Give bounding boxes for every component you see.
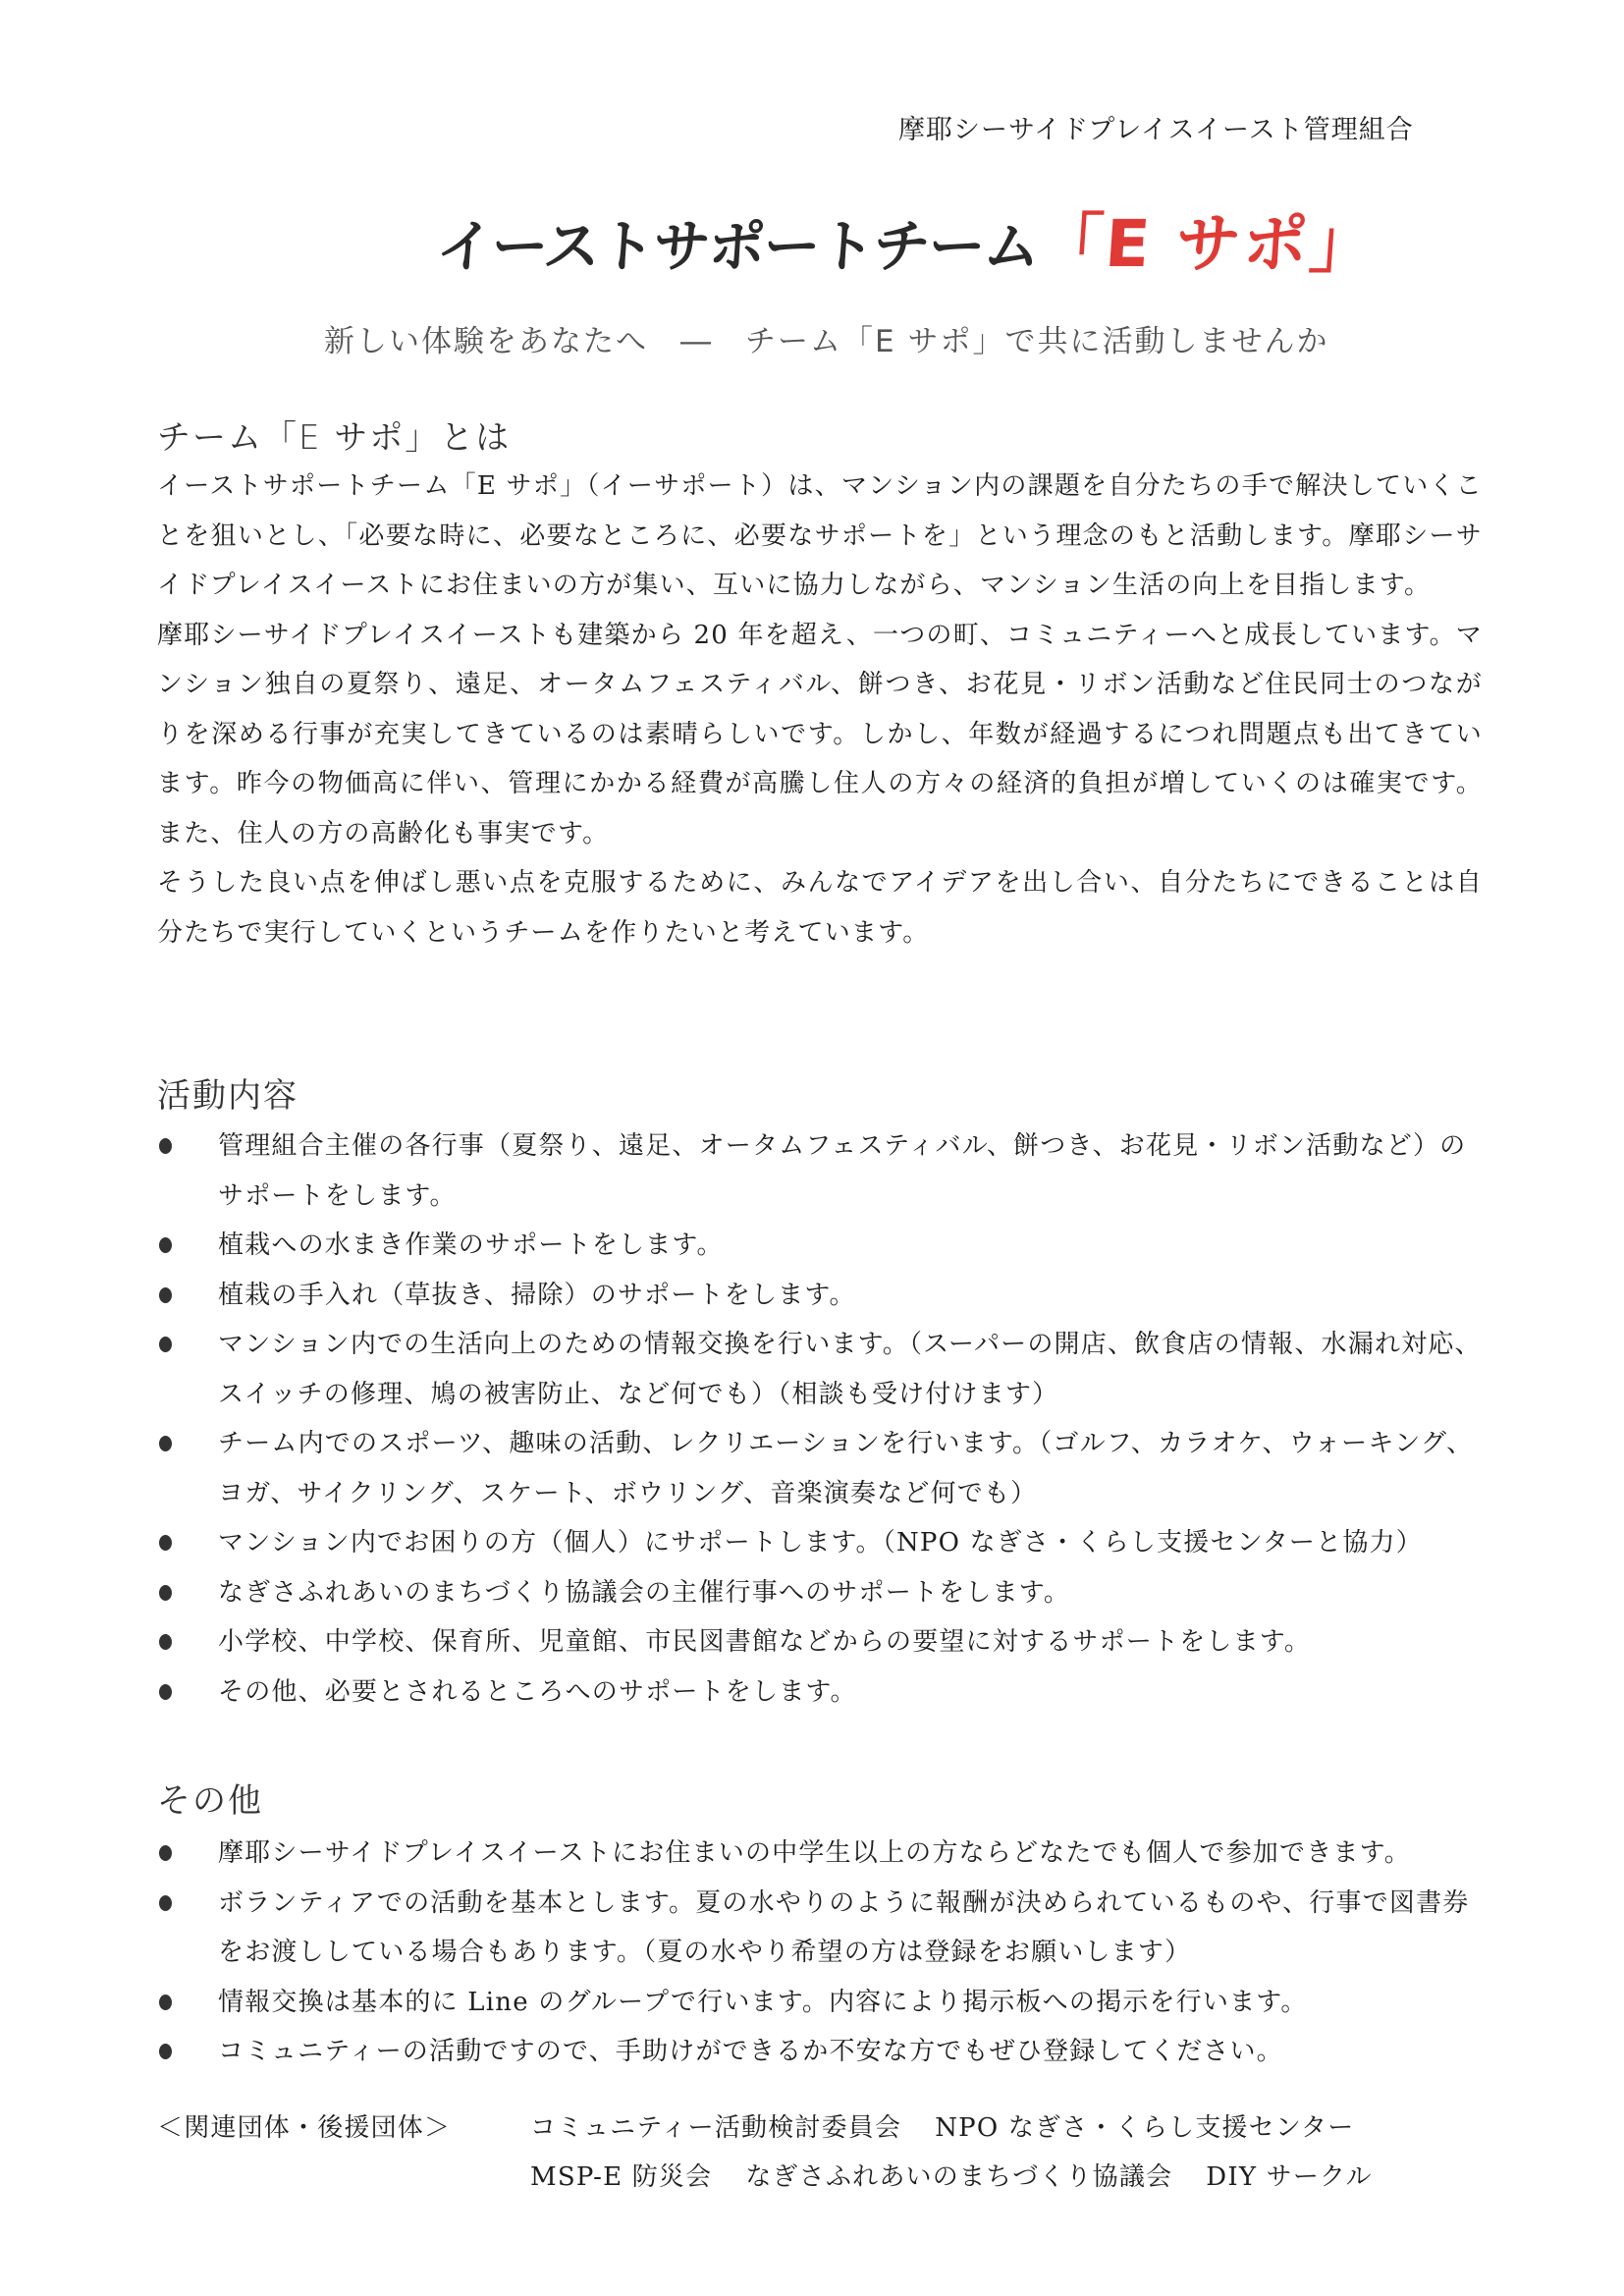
list-item: コミュニティーの活動ですので、手助けができるか不安な方でもぜひ登録してください。 [157,2027,1492,2077]
bullet-icon [159,2044,172,2059]
bullet-icon [159,1535,172,1551]
list-item-text: なぎさふれあいのまちづくり協議会の主催行事へのサポートをします。 [218,1578,1070,1608]
list-item-text: 管理組合主催の各行事（夏祭り、遠足、オータムフェスティバル、餅つき、お花見・リボ… [218,1131,1466,1211]
list-item-text: 植栽の手入れ（草抜き、掃除）のサポートをします。 [218,1281,856,1310]
related-label: ＜関連団体・後援団体＞ [157,2104,451,2153]
list-item: 管理組合主催の各行事（夏祭り、遠足、オータムフェスティバル、餅つき、お花見・リボ… [157,1121,1492,1221]
about-paragraph: イーストサポートチーム「E サポ」（イーサポート）は、マンション内の課題を自分た… [157,462,1483,611]
title-accent: 「E サポ」 [1036,206,1379,282]
related-org: なぎさふれあいのまちづくり協議会 [745,2162,1172,2192]
bullet-icon [159,1138,172,1154]
activities-list: 管理組合主催の各行事（夏祭り、遠足、オータムフェスティバル、餅つき、お花見・リボ… [157,1121,1492,1717]
page-title: イーストサポートチーム「E サポ」 [434,191,1226,285]
bullet-icon [159,1995,172,2010]
related-org: NPO なぎさ・くらし支援センター [935,2113,1354,2143]
related-org: DIY サークル [1206,2162,1372,2192]
list-item-text: コミュニティーの活動ですので、手助けができるか不安な方でもぜひ登録してください。 [218,2037,1283,2066]
related-org: MSP-E 防災会 [530,2162,712,2192]
list-item: その他、必要とされるところへのサポートをします。 [157,1667,1492,1718]
about-paragraph: 摩耶シーサイドプレイスイーストも建築から 20 年を超え、一つの町、コミュニティ… [157,611,1483,859]
list-item: マンション内でお困りの方（個人）にサポートします。（NPO なぎさ・くらし支援セ… [157,1518,1492,1568]
list-item-text: 情報交換は基本的に Line のグループで行います。内容により掲示板への掲示を行… [218,1988,1308,2017]
section-heading-other: その他 [157,1774,263,1822]
list-item: なぎさふれあいのまちづくり協議会の主催行事へのサポートをします。 [157,1568,1492,1618]
list-item-text: その他、必要とされるところへのサポートをします。 [218,1677,857,1707]
list-item-text: ボランティアでの活動を基本とします。夏の水やりのように報酬が決められているものや… [218,1888,1470,1968]
bullet-icon [159,1237,172,1253]
list-item-text: チーム内でのスポーツ、趣味の活動、レクリエーションを行います。（ゴルフ、カラオケ… [218,1429,1473,1508]
list-item-text: マンション内での生活向上のための情報交換を行います。（スーパーの開店、飲食店の情… [218,1330,1482,1409]
list-item: 情報交換は基本的に Line のグループで行います。内容により掲示板への掲示を行… [157,1978,1492,2028]
related-orgs-line2: MSP-E 防災会なぎさふれあいのまちづくり協議会DIY サークル [530,2153,1406,2202]
list-item-text: 小学校、中学校、保育所、児童館、市民図書館などからの要望に対するサポートをします… [218,1627,1311,1657]
about-body: イーストサポートチーム「E サポ」（イーサポート）は、マンション内の課題を自分た… [157,462,1483,957]
about-paragraph: そうした良い点を伸ばし悪い点を克服するために、みんなでアイデアを出し合い、自分た… [157,858,1483,957]
title-main: イーストサポートチーム [434,213,1041,280]
bullet-icon [159,1634,172,1650]
related-orgs-line1: コミュニティー活動検討委員会NPO なぎさ・くらし支援センター [530,2104,1387,2153]
bullet-icon [159,1684,172,1700]
bullet-icon [159,1895,172,1911]
list-item-text: 植栽への水まき作業のサポートをします。 [218,1230,724,1260]
bullet-icon [159,1845,172,1861]
list-item: ボランティアでの活動を基本とします。夏の水やりのように報酬が決められているものや… [157,1879,1492,1978]
other-list: 摩耶シーサイドプレイスイーストにお住まいの中学生以上の方ならどなたでも個人で参加… [157,1829,1492,2077]
subtitle: 新しい体験をあなたへ ― チーム「E サポ」で共に活動しませんか [324,316,1326,360]
list-item: チーム内でのスポーツ、趣味の活動、レクリエーションを行います。（ゴルフ、カラオケ… [157,1419,1492,1518]
bullet-icon [159,1585,172,1601]
related-org: コミュニティー活動検討委員会 [530,2113,901,2143]
bullet-icon [159,1436,172,1451]
list-item-text: マンション内でお困りの方（個人）にサポートします。（NPO なぎさ・くらし支援セ… [218,1528,1423,1558]
list-item: マンション内での生活向上のための情報交換を行います。（スーパーの開店、飲食店の情… [157,1320,1492,1419]
bullet-icon [159,1287,172,1303]
list-item: 植栽の手入れ（草抜き、掃除）のサポートをします。 [157,1271,1492,1321]
bullet-icon [159,1337,172,1352]
section-heading-about: チーム「E サポ」とは [157,410,511,459]
list-item-text: 摩耶シーサイドプレイスイーストにお住まいの中学生以上の方ならどなたでも個人で参加… [218,1838,1411,1868]
section-heading-activities: 活動内容 [157,1068,298,1117]
organization-name: 摩耶シーサイドプレイスイースト管理組合 [898,108,1414,146]
list-item: 摩耶シーサイドプレイスイーストにお住まいの中学生以上の方ならどなたでも個人で参加… [157,1829,1492,1879]
list-item: 小学校、中学校、保育所、児童館、市民図書館などからの要望に対するサポートをします… [157,1617,1492,1667]
list-item: 植栽への水まき作業のサポートをします。 [157,1221,1492,1271]
